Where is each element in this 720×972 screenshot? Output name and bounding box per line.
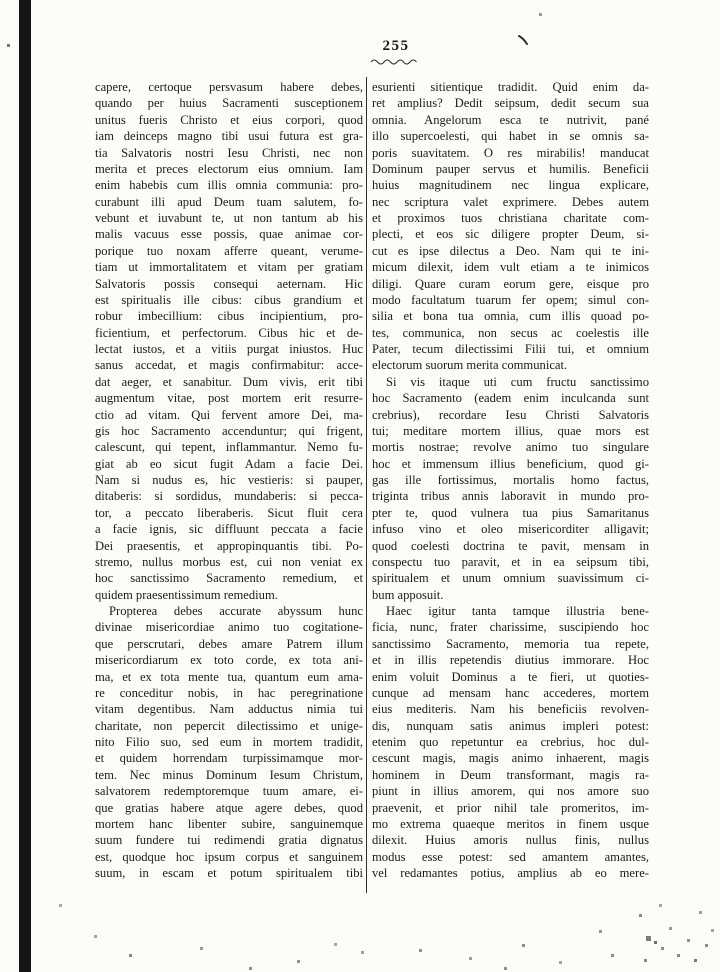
- text-line: Dominum pauper servus et humilis. Benefi…: [372, 161, 649, 177]
- text-line: bum apposuit.: [372, 587, 649, 603]
- text-line: a facie ignis, sic diffluunt peccata a f…: [95, 521, 363, 537]
- text-line: pter te, quod vulnera tua pius Samaritan…: [372, 505, 649, 521]
- text-line: stremo, nullus morbus est, cui non venia…: [95, 554, 363, 570]
- ink-mark-icon: [518, 35, 530, 47]
- text-line: Si vis itaque uti cum fructu sanctissimo: [372, 374, 649, 390]
- text-line: tem. Nec minus Dominum Iesum Christum,: [95, 767, 363, 783]
- text-line: ctio ad vitam. Qui fervent amore Dei, ma…: [95, 407, 363, 423]
- text-line: divinae misericordiae animo tuo cogitati…: [95, 619, 363, 635]
- text-line: suum, in escam et potum spiritualem tibi: [95, 865, 363, 881]
- text-line: dilexit. Huius amoris nullus finis, null…: [372, 832, 649, 848]
- text-line: poris suavitatem. O res mirabilis! mandu…: [372, 145, 649, 161]
- text-line: que perscrutari, debes amare Patrem illu…: [95, 636, 363, 652]
- text-line: tiam ut immortalitatem et vitam per grat…: [95, 259, 363, 275]
- text-line: et proximos tuos christiana charitate co…: [372, 210, 649, 226]
- text-line: hoc Sacramento (eadem enim inculcanda su…: [372, 390, 649, 406]
- text-line: crebrius), recordare Iesu Christi Salvat…: [372, 407, 649, 423]
- scanned-page: 255 capere, certoque persvasum habere de…: [0, 0, 720, 972]
- text-line: tor, a peccato liberaberis. Sicut fluit …: [95, 505, 363, 521]
- text-line: augmentum vitae, post mortem erit resurr…: [95, 390, 363, 406]
- text-line: eius mediteris. Nam his beneficiis revol…: [372, 701, 649, 717]
- text-line: hoc et immensum illius beneficium, quod …: [372, 456, 649, 472]
- text-line: curabunt illi apud Deum tuam salutem, fo…: [95, 194, 363, 210]
- text-line: dat aeger, et sanabitur. Dum vivis, erit…: [95, 374, 363, 390]
- text-line: plecti, et eos sic diligere propter Deum…: [372, 226, 649, 242]
- text-line: et quidem horrendam turpissimamque mor-: [95, 750, 363, 766]
- text-line: misericordiarum ex toto corde, ex tota a…: [95, 652, 363, 668]
- text-line: mortem hanc libenter subire, sanguinemqu…: [95, 816, 363, 832]
- text-line: sanctissimo Sacramento, memoria tua repe…: [372, 636, 649, 652]
- text-line: iam deinceps magno tibi usui futura est …: [95, 128, 363, 144]
- scan-gutter-bar: [19, 0, 31, 972]
- text-line: triginta tribus annis laboravit in mundo…: [372, 488, 649, 504]
- text-line: tes, communica, non secus ac coelestis i…: [372, 325, 649, 341]
- text-line: cunque ad mensam hanc accederes, mortem: [372, 685, 649, 701]
- text-line: porique tuo noxam afferre queant, verume…: [95, 243, 363, 259]
- text-line: diligi. Quare curam eorum gere, eisque p…: [372, 276, 649, 292]
- text-line: spiritualem et unum omnium suavissimum c…: [372, 570, 649, 586]
- text-line: et in illis repetendis diutius immorare.…: [372, 652, 649, 668]
- text-line: Propterea debes accurate abyssum hunc: [95, 603, 363, 619]
- text-line: nec scriptura valet exprimere. Debes aut…: [372, 194, 649, 210]
- text-line: sanus accedat, et magis confirmabitur: a…: [95, 357, 363, 373]
- text-line: vel redamantes potius, amplius ab eo mer…: [372, 865, 649, 881]
- text-line: dis, nunquam satis animus impleri potest…: [372, 718, 649, 734]
- text-line: est spiritualis ille cibus: cibus grandi…: [95, 292, 363, 308]
- text-line: Haec igitur tanta tamque illustria bene-: [372, 603, 649, 619]
- text-line: Dei praesentis, et appropinquantis tibi.…: [95, 538, 363, 554]
- text-line: piunt in illius amorem, qui nos amore su…: [372, 783, 649, 799]
- text-line: est, quodque hoc ipsum corpus et sanguin…: [95, 849, 363, 865]
- text-line: unitus fueris Christo et eius corpori, q…: [95, 112, 363, 128]
- text-line: quando per huius Sacramenti susceptionem: [95, 95, 363, 111]
- text-line: robur imbecillium: cibus incipientium, p…: [95, 308, 363, 324]
- text-line: modo facultatum tuarum fer opem; simul c…: [372, 292, 649, 308]
- text-line: calescunt, qui tepent, inflammantur. Nem…: [95, 439, 363, 455]
- text-line: Nam si nudus es, hic vestieris: si paupe…: [95, 472, 363, 488]
- text-line: mo extrema quaeque meritos in finem usqu…: [372, 816, 649, 832]
- text-line: esurienti sitientique tradidit. Quid eni…: [372, 79, 649, 95]
- text-line: tui; meditare mortem illius, quae mors e…: [372, 423, 649, 439]
- text-line: gas ille fortissimus, mortalis homo fact…: [372, 472, 649, 488]
- text-line: salvatorem redemptoremque tuum amare, ei…: [95, 783, 363, 799]
- text-line: Salvatoris possis consequi aeternam. Hic: [95, 276, 363, 292]
- text-line: vitam degentibus. Nam adductus nimia tui: [95, 701, 363, 717]
- text-line: tia Salvatoris nostri Iesu Christi, nec …: [95, 145, 363, 161]
- text-line: silia et bona tua omnia, cum illis quoad…: [372, 308, 649, 324]
- text-line: gis hoc Sacramento accenduntur; qui frig…: [95, 423, 363, 439]
- text-line: merita et preces electorum eius omnium. …: [95, 161, 363, 177]
- text-line: cescunt magis, magis animo inhaerent, ma…: [372, 750, 649, 766]
- text-line: que gratias habere atque agere debes, qu…: [95, 800, 363, 816]
- text-line: charitate, non pepercit dilectissimo et …: [95, 718, 363, 734]
- text-line: ficientium, et perfectorum. Cibus hic et…: [95, 325, 363, 341]
- text-line: mortis nostrae; revolve animo tuo singul…: [372, 439, 649, 455]
- text-line: enim habebis cum illis omnia communia: p…: [95, 177, 363, 193]
- text-line: infuso vino et oleo misericorditer allig…: [372, 521, 649, 537]
- text-line: praevenit, et prior nihil tale promerito…: [372, 800, 649, 816]
- text-line: lectat iustos, et a vitiis purgat iniust…: [95, 341, 363, 357]
- text-line: vebunt et iuvabunt te, ut non tantum ab …: [95, 210, 363, 226]
- text-line: hoc sanctissimo Sacramento remedium, et: [95, 570, 363, 586]
- text-line: nito Filio suo, sed eum in mortem tradid…: [95, 734, 363, 750]
- text-line: ditaberis: si sordidus, mundaberis: si p…: [95, 488, 363, 504]
- text-line: etenim quo repetuntur ea crebrius, hoc d…: [372, 734, 649, 750]
- column-left: capere, certoque persvasum habere debes,…: [95, 79, 363, 881]
- text-line: ret amplius? Dedit seipsum, dedit secum …: [372, 95, 649, 111]
- scan-noise-speckles: [0, 0, 1, 1]
- text-line: micum dilexit, idem vult etiam a te inim…: [372, 259, 649, 275]
- text-line: quidem praesentissimum remedium.: [95, 587, 363, 603]
- page-number: 255: [356, 38, 436, 55]
- text-line: hominem in Deum transformant, magis ra-: [372, 767, 649, 783]
- text-line: huius magnitudinem nec lingua explicare,: [372, 177, 649, 193]
- column-divider-rule: [366, 77, 367, 893]
- text-line: ma, et ex tota mente tua, quantum eum am…: [95, 669, 363, 685]
- squiggle-underline-icon: [370, 57, 422, 65]
- text-line: modus esse potest: sed amantem amantes,: [372, 849, 649, 865]
- text-line: Pater, tecum dilectissimi Filii tui, et …: [372, 341, 649, 357]
- text-line: omnia. Angelorum esca te nutrivit, pané: [372, 112, 649, 128]
- text-line: conspectu tuo paravit, et in ea seipsum …: [372, 554, 649, 570]
- text-line: giat ab eo sicut fugit Adam a facie Dei.: [95, 456, 363, 472]
- text-line: suum fundere tui redimendi gratia dignat…: [95, 832, 363, 848]
- text-line: enim voluit Dominus a te fieri, ut quoti…: [372, 669, 649, 685]
- text-line: electorum suorum merita communicat.: [372, 357, 649, 373]
- text-line: re conceditur nobis, in hac peregrinatio…: [95, 685, 363, 701]
- text-line: malis vacuus esse possis, quae animae co…: [95, 226, 363, 242]
- text-line: capere, certoque persvasum habere debes,: [95, 79, 363, 95]
- column-right: esurienti sitientique tradidit. Quid eni…: [372, 79, 649, 881]
- text-line: illo supercoelesti, qui habet in se omni…: [372, 128, 649, 144]
- text-line: cut es ipse dilectus a Deo. Nam qui te i…: [372, 243, 649, 259]
- text-line: quod coelesti doctrina te pavit, mensam …: [372, 538, 649, 554]
- text-line: ficia, nunc, frater charissime, suscipie…: [372, 619, 649, 635]
